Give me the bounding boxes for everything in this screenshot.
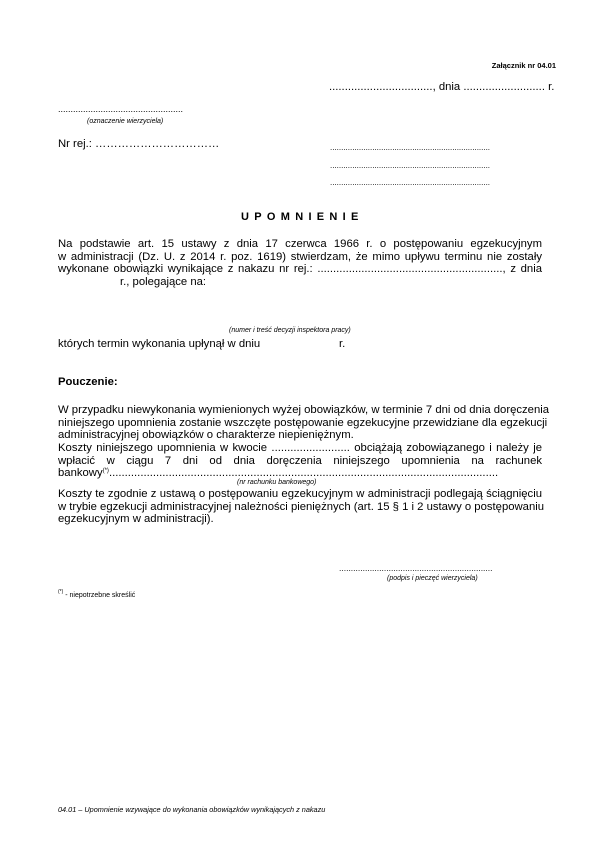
addressee-block: ........................................…	[330, 139, 490, 192]
intro-line-3: wykonane obowiązki wynikające z nakazu n…	[58, 263, 542, 276]
footnote-text: - niepotrzebne skreślić	[63, 592, 135, 599]
instruction-2-line-1: Koszty niniejszego upomnienia w kwocie .…	[58, 442, 542, 455]
intro-line-1: Na podstawie art. 15 ustawy z dnia 17 cz…	[58, 238, 542, 251]
annex-label: Załącznik nr 04.01	[492, 61, 556, 70]
addressee-line-1: ........................................…	[330, 139, 490, 157]
addressee-line-2: ........................................…	[330, 157, 490, 175]
addressee-line-3: ........................................…	[330, 174, 490, 192]
deadline-text: których termin wykonania upłynął w dniu	[58, 338, 260, 350]
creditor-caption: (oznaczenie wierzyciela)	[87, 118, 163, 125]
signature-caption: (podpis i pieczęć wierzyciela)	[387, 575, 478, 582]
instruction-heading: Pouczenie:	[58, 376, 118, 388]
instruction-3-line-2: w trybie egzekucji administracyjnej nale…	[58, 501, 542, 514]
intro-line-4: r., polegające na:	[58, 276, 542, 289]
instruction-1-line-2: niniejszego upomnienia zostanie wszczęte…	[58, 417, 542, 430]
instruction-3-line-1: Koszty te zgodnie z ustawą o postępowani…	[58, 488, 542, 501]
instruction-2-line-2: wpłacić w ciągu 7 dni od dnia doręczenia…	[58, 455, 542, 468]
instruction-1-line-1: W przypadku niewykonania wymienionych wy…	[58, 404, 542, 417]
deadline-suffix: r.	[339, 338, 345, 350]
bank-caption: (nr rachunku bankowego)	[237, 479, 316, 486]
bank-account-dots: ........................................…	[109, 467, 498, 479]
instruction-paragraph-1: W przypadku niewykonania wymienionych wy…	[58, 404, 542, 480]
intro-paragraph: Na podstawie art. 15 ustawy z dnia 17 cz…	[58, 238, 542, 289]
signature-dots: ........................................…	[339, 563, 493, 573]
intro-line-2: w administracji (Dz. U. z 2014 r. poz. 1…	[58, 251, 542, 264]
footnote: (*) - niepotrzebne skreślić	[58, 592, 135, 599]
registration-number-line: Nr rej.: ……………………………	[58, 138, 219, 150]
place-date-line: ................................., dnia …	[329, 81, 554, 93]
page-footer: 04.01 – Upomnienie wzywające do wykonani…	[58, 805, 325, 814]
instruction-3-line-3: egzekucyjnym w administracji).	[58, 513, 542, 526]
instruction-paragraph-3: Koszty te zgodnie z ustawą o postępowani…	[58, 488, 542, 526]
document-title: UPOMNIENIE	[241, 211, 364, 223]
bank-prefix: bankowy	[58, 467, 103, 479]
decision-caption: (numer i treść decyzji inspektora pracy)	[229, 327, 351, 334]
creditor-dots: ........................................…	[58, 104, 183, 114]
instruction-1-line-3: administracyjnej obowiązków o charakterz…	[58, 429, 542, 442]
